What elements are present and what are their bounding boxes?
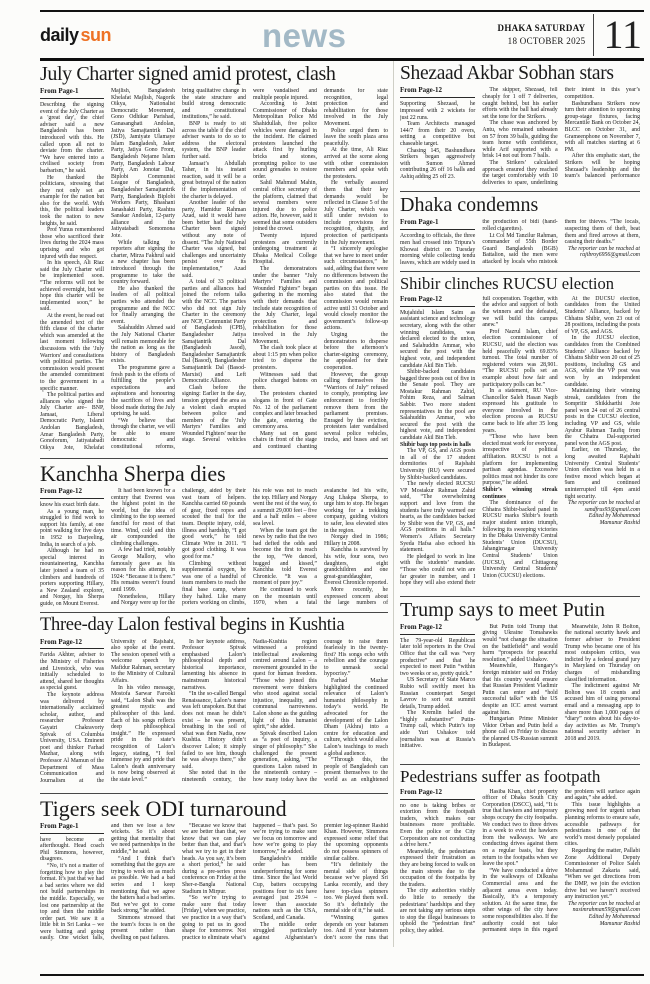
- masthead: dailysun news DHAKA SATURDAY 18 OCTOBER …: [40, 12, 644, 58]
- article-lalon-festival: Three-day Lalon festival begins in Kusht…: [40, 616, 388, 788]
- from-page-label: From Page-12: [400, 87, 475, 98]
- headline-shibir-rucsu: Shibir clinches RUCSU election: [400, 275, 640, 292]
- article-july-charter: July Charter signed amid protest, clash …: [40, 64, 388, 454]
- from-page-label: From Page-12: [400, 296, 475, 307]
- article-body-shezaad: From Page-12 Supporting Shezaad, he impr…: [400, 87, 640, 187]
- from-page-label: From Page-1: [40, 88, 104, 99]
- headline-tigers-odi: Tigers seek ODI turnaround: [40, 797, 388, 820]
- article-dhaka-condemns: Dhaka condemns From Page-1 According to …: [400, 195, 640, 267]
- article-kanchha-sherpa: Kanchha Sherpa dies From Page-12 know hi…: [40, 462, 388, 608]
- headline-july-charter: July Charter signed amid protest, clash: [40, 64, 388, 85]
- article-pedestrians-footpath: Pedestrians suffer as footpath From Page…: [400, 768, 640, 947]
- article-body-shibir: From Page-12 Mujahidul Islam Saim as ass…: [400, 296, 640, 592]
- article-body-dhaka-condemns: From Page-1 According to officials, the …: [400, 219, 640, 267]
- section-nameplate: news: [111, 19, 497, 52]
- from-page-label: From Page-12: [400, 624, 475, 635]
- page-body: July Charter signed amid protest, clash …: [40, 61, 644, 947]
- divider: [40, 458, 388, 459]
- from-page-label: From Page-1: [400, 219, 475, 230]
- newspaper-page: dailysun news DHAKA SATURDAY 18 OCTOBER …: [0, 0, 650, 984]
- from-page-label: From Page-12: [40, 488, 104, 499]
- headline-pedestrians-footpath: Pedestrians suffer as footpath: [400, 768, 640, 786]
- daily-sun-logo: dailysun: [40, 25, 111, 46]
- from-page-label: From Page-1: [40, 823, 104, 834]
- divider: [40, 793, 388, 794]
- city-day: DHAKA SATURDAY: [498, 22, 586, 35]
- article-body-tigers: From Page-1 have become an afterthought.…: [40, 823, 388, 947]
- article-tigers-odi: Tigers seek ODI turnaround From Page-1 h…: [40, 797, 388, 947]
- right-section: Shezaad Akbar Sobhan stars From Page-12 …: [393, 61, 640, 947]
- headline-lalon-festival: Three-day Lalon festival begins in Kusht…: [40, 616, 388, 635]
- bottom-rule: [40, 974, 644, 976]
- article-body-kanchha: From Page-12 know his exact birth date.A…: [40, 488, 388, 608]
- from-page-label: From Page-12: [400, 789, 475, 800]
- article-trump-putin: Trump says to meet Putin From Page-12 Th…: [400, 600, 640, 760]
- divider: [40, 612, 388, 613]
- headline-dhaka-condemns: Dhaka condemns: [400, 195, 640, 216]
- date-block: DHAKA SATURDAY 18 OCTOBER 2025 11: [498, 14, 644, 56]
- divider: [400, 191, 640, 192]
- headline-trump-putin: Trump says to meet Putin: [400, 600, 640, 621]
- headline-kanchha-sherpa: Kanchha Sherpa dies: [40, 462, 388, 485]
- headline-shezaad: Shezaad Akbar Sobhan stars: [400, 64, 640, 84]
- issue-date: 18 OCTOBER 2025: [498, 35, 586, 48]
- divider: [400, 596, 640, 597]
- logo-daily: daily: [40, 25, 79, 45]
- article-body-lalon: From Page-12 Farida Akhter, adviser to t…: [40, 639, 388, 789]
- left-section: July Charter signed amid protest, clash …: [40, 61, 393, 947]
- page-number: 11: [593, 14, 644, 56]
- article-shibir-rucsu: Shibir clinches RUCSU election From Page…: [400, 275, 640, 591]
- article-shezaad: Shezaad Akbar Sobhan stars From Page-12 …: [400, 64, 640, 187]
- article-body-trump: From Page-12 The 79-year-old Republican …: [400, 624, 640, 760]
- from-page-label: From Page-12: [40, 639, 104, 650]
- divider: [400, 764, 640, 765]
- divider: [400, 271, 640, 272]
- article-body-july-charter: From Page-1 Describing the signing event…: [40, 88, 388, 454]
- article-body-pedestrians: From Page-12 no one is taking bribes or …: [400, 789, 640, 947]
- logo-sun: sun: [81, 25, 112, 45]
- date-lines: DHAKA SATURDAY 18 OCTOBER 2025: [498, 22, 586, 47]
